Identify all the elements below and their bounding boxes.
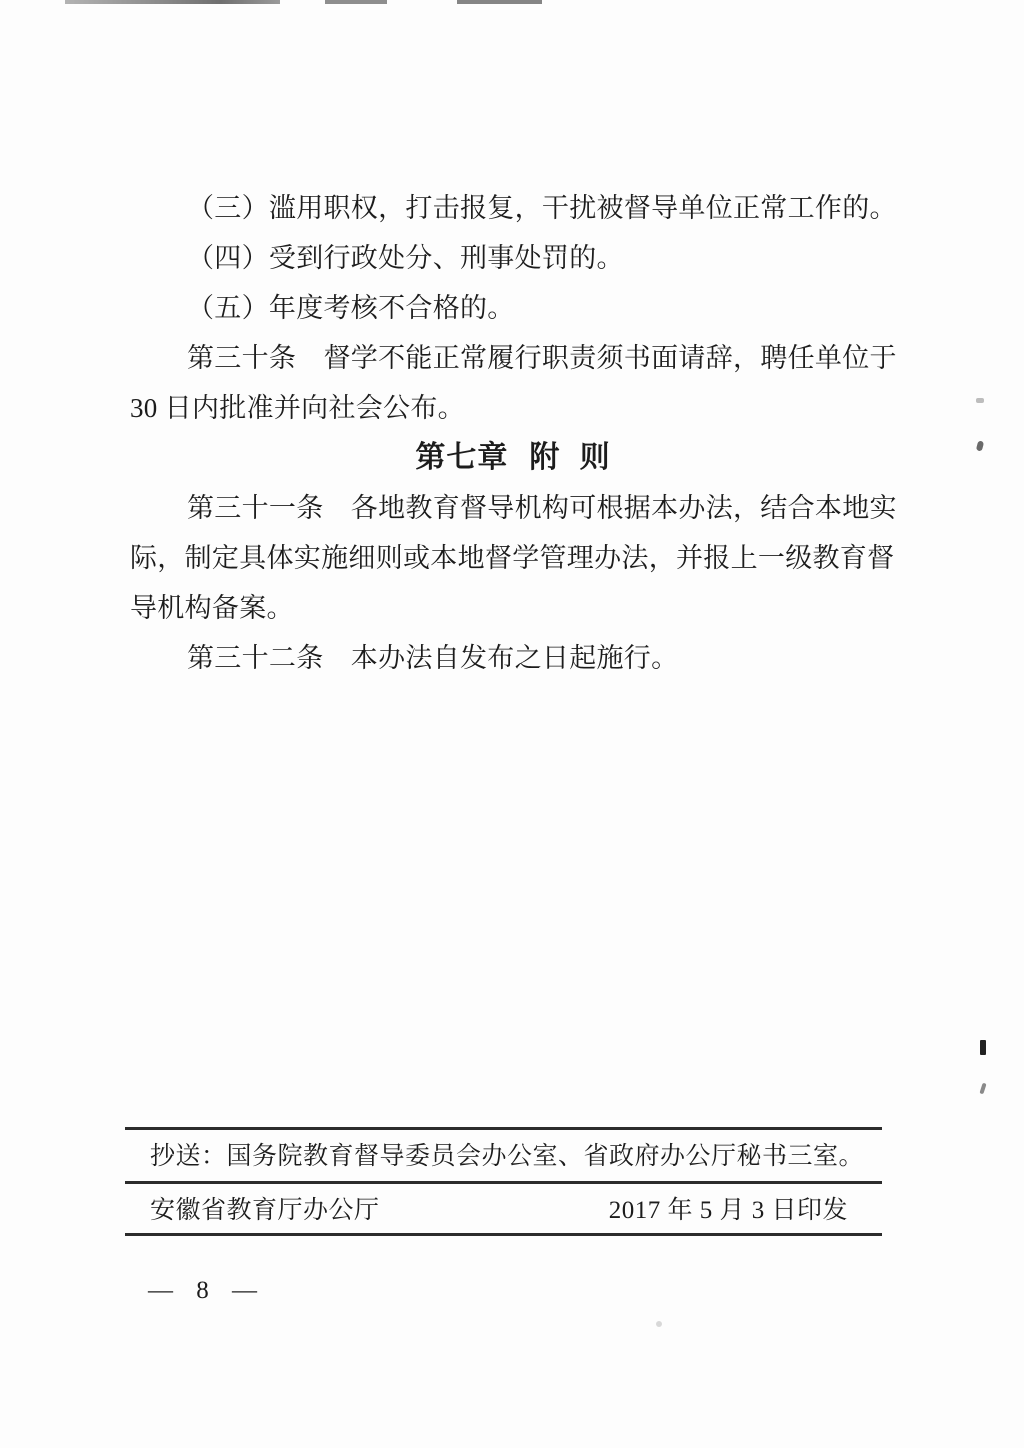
issuing-office: 安徽省教育厅办公厅 [150, 1194, 380, 1228]
scan-artifact-top-3 [457, 0, 542, 4]
article-30-line-1: 第三十条 督学不能正常履行职责须书面请辞，聘任单位于 [130, 333, 884, 383]
article-30-line-2: 30 日内批准并向社会公布。 [130, 383, 884, 433]
scan-artifact-speck [656, 1321, 662, 1327]
clause-four: （四）受到行政处分、刑事处罚的。 [130, 233, 884, 283]
footer-rule-top [125, 1127, 882, 1130]
article-32-line: 第三十二条 本办法自发布之日起施行。 [130, 633, 884, 683]
chapter-title: 附 则 [529, 441, 610, 474]
scan-artifact-speck [976, 398, 984, 403]
document-page: （三）滥用职权，打击报复，干扰被督导单位正常工作的。 （四）受到行政处分、刑事处… [0, 0, 1024, 1448]
clause-three: （三）滥用职权，打击报复，干扰被督导单位正常工作的。 [130, 183, 884, 233]
clause-five: （五）年度考核不合格的。 [130, 283, 884, 333]
page-number: — 8 — [148, 1276, 261, 1306]
article-31-line-1: 第三十一条 各地教育督导机构可根据本办法，结合本地实 [130, 483, 884, 533]
article-31-line-3: 导机构备案。 [130, 583, 884, 633]
footer-rule-bottom [125, 1233, 882, 1236]
scan-artifact-speck [976, 440, 984, 451]
chapter-heading: 第七章附 则 [130, 433, 884, 483]
issue-row: 安徽省教育厅办公厅 2017 年 5 月 3 日印发 [150, 1194, 848, 1228]
footer-rule-middle [125, 1181, 882, 1184]
scan-artifact-top-1 [65, 0, 280, 4]
chapter-number: 第七章 [415, 441, 508, 474]
article-31-line-2: 际，制定具体实施细则或本地督学管理办法，并报上一级教育督 [130, 533, 884, 583]
print-date: 2017 年 5 月 3 日印发 [609, 1194, 848, 1228]
scan-artifact-top-2 [325, 0, 387, 4]
scan-artifact-speck [979, 1083, 986, 1095]
document-body: （三）滥用职权，打击报复，干扰被督导单位正常工作的。 （四）受到行政处分、刑事处… [130, 183, 884, 683]
cc-line: 抄送：国务院教育督导委员会办公室、省政府办公厅秘书三室。 [150, 1140, 864, 1174]
scan-artifact-speck [980, 1040, 986, 1055]
